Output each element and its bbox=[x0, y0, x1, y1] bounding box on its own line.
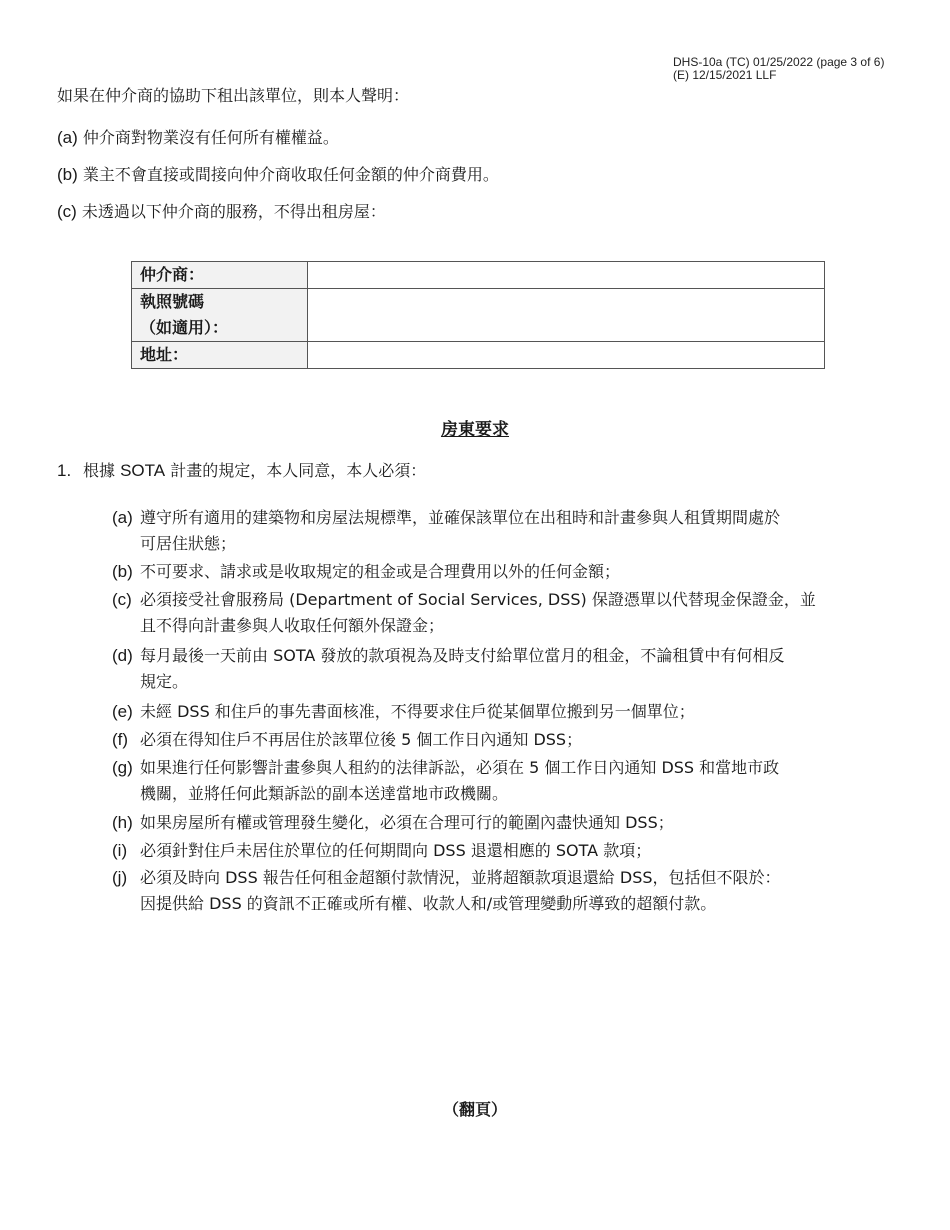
license-label-line2: （如適用）： bbox=[140, 315, 299, 341]
agent-label-text: 仲介商： bbox=[140, 265, 204, 284]
subitem-label: (h) bbox=[112, 810, 140, 836]
subitem-line1: 不可要求、請求或是收取規定的租金或是合理費用以外的任何金額； bbox=[140, 562, 620, 581]
subitem-label: (c) bbox=[112, 587, 140, 613]
declaration-item-c: (c) 未透過以下仲介商的服務，不得出租房屋： bbox=[57, 202, 386, 222]
address-field[interactable] bbox=[308, 342, 825, 369]
item-text: 仲介商對物業沒有任何所有權權益。 bbox=[83, 128, 339, 147]
subitem-label: (g) bbox=[112, 755, 140, 781]
subitem-line2: 機關，並將任何此類訴訟的副本送達當地市政機關。 bbox=[112, 781, 902, 807]
declaration-intro: 如果在仲介商的協助下租出該單位，則本人聲明： bbox=[57, 86, 409, 106]
subitem-h: (h)如果房屋所有權或管理發生變化，必須在合理可行的範圍內盡快通知 DSS； bbox=[112, 810, 902, 836]
subitem-line2: 規定。 bbox=[112, 669, 902, 695]
table-row-agent: 仲介商： bbox=[132, 262, 825, 289]
subitem-line1: 未經 DSS 和住戶的事先書面核准，不得要求住戶從某個單位搬到另一個單位； bbox=[140, 702, 695, 721]
item-text: 業主不會直接或間接向仲介商收取任何金額的仲介商費用。 bbox=[83, 165, 499, 184]
form-code: DHS-10a (TC) 01/25/2022 (page 3 of 6) (E… bbox=[673, 56, 884, 82]
subitem-line1: 遵守所有適用的建築物和房屋法規標準，並確保該單位在出租時和計畫參與人租賃期間處於 bbox=[140, 508, 780, 527]
table-row-address: 地址： bbox=[132, 342, 825, 369]
subitem-b: (b)不可要求、請求或是收取規定的租金或是合理費用以外的任何金額； bbox=[112, 559, 902, 585]
declaration-item-a: (a) 仲介商對物業沒有任何所有權權益。 bbox=[57, 128, 339, 148]
item-label: (b) bbox=[57, 165, 78, 184]
subitem-label: (f) bbox=[112, 727, 140, 753]
subitem-line2: 且不得向計畫參與人收取任何額外保證金； bbox=[112, 613, 902, 639]
subitem-label: (d) bbox=[112, 643, 140, 669]
subitem-j: (j)必須及時向 DSS 報告任何租金超額付款情況，並將超額款項退還給 DSS，… bbox=[112, 865, 902, 917]
item1-text-post: 計畫的規定，本人同意，本人必須： bbox=[165, 461, 426, 480]
agent-info-table: 仲介商： 執照號碼 （如適用）： 地址： bbox=[131, 261, 825, 369]
form-code-line2: (E) 12/15/2021 LLF bbox=[673, 69, 884, 82]
subitem-i: (i)必須針對住戶未居住於單位的任何期間向 DSS 退還相應的 SOTA 款項； bbox=[112, 838, 902, 864]
subitem-line1: 必須及時向 DSS 報告任何租金超額付款情況，並將超額款項退還給 DSS，包括但… bbox=[140, 868, 781, 887]
subitem-label: (a) bbox=[112, 505, 140, 531]
subitem-label: (e) bbox=[112, 699, 140, 725]
subitem-e: (e)未經 DSS 和住戶的事先書面核准，不得要求住戶從某個單位搬到另一個單位； bbox=[112, 699, 902, 725]
address-label: 地址： bbox=[132, 342, 308, 369]
item-number: 1. bbox=[57, 461, 83, 481]
agent-label: 仲介商： bbox=[132, 262, 308, 289]
license-label: 執照號碼 （如適用）： bbox=[132, 289, 308, 342]
section-title: 房東要求 bbox=[0, 419, 950, 441]
item-text: 未透過以下仲介商的服務，不得出租房屋： bbox=[82, 202, 386, 221]
requirement-item-1: 1.根據 SOTA 計畫的規定，本人同意，本人必須： bbox=[57, 461, 426, 481]
subitem-line1: 必須在得知住戶不再居住於該單位後 5 個工作日內通知 DSS； bbox=[140, 730, 582, 749]
address-label-text: 地址： bbox=[140, 345, 188, 364]
subitem-f: (f)必須在得知住戶不再居住於該單位後 5 個工作日內通知 DSS； bbox=[112, 727, 902, 753]
license-field[interactable] bbox=[308, 289, 825, 342]
subitem-line2: 因提供給 DSS 的資訊不正確或所有權、收款人和/或管理變動所導致的超額付款。 bbox=[112, 891, 902, 917]
turn-page-note: （翻頁） bbox=[0, 1097, 950, 1120]
subitem-d: (d)每月最後一天前由 SOTA 發放的款項視為及時支付給單位當月的租金，不論租… bbox=[112, 643, 902, 695]
subitem-line1: 必須接受社會服務局 (Department of Social Services… bbox=[140, 590, 816, 609]
license-label-line1: 執照號碼 bbox=[140, 289, 299, 315]
subitem-line1: 每月最後一天前由 SOTA 發放的款項視為及時支付給單位當月的租金，不論租賃中有… bbox=[140, 646, 784, 665]
subitem-line1: 如果進行任何影響計畫參與人租約的法律訴訟，必須在 5 個工作日內通知 DSS 和… bbox=[140, 758, 779, 777]
subitem-g: (g)如果進行任何影響計畫參與人租約的法律訴訟，必須在 5 個工作日內通知 DS… bbox=[112, 755, 902, 807]
subitem-line1: 必須針對住戶未居住於單位的任何期間向 DSS 退還相應的 SOTA 款項； bbox=[140, 841, 651, 860]
item-label: (c) bbox=[57, 202, 77, 221]
item-label: (a) bbox=[57, 128, 78, 147]
subitem-label: (i) bbox=[112, 838, 140, 864]
agent-field[interactable] bbox=[308, 262, 825, 289]
subitem-line1: 如果房屋所有權或管理發生變化，必須在合理可行的範圍內盡快通知 DSS； bbox=[140, 813, 674, 832]
subitem-line2: 可居住狀態； bbox=[112, 531, 902, 557]
subitem-c: (c)必須接受社會服務局 (Department of Social Servi… bbox=[112, 587, 902, 639]
subitem-a: (a)遵守所有適用的建築物和房屋法規標準，並確保該單位在出租時和計畫參與人租賃期… bbox=[112, 505, 902, 557]
subitem-label: (j) bbox=[112, 865, 140, 891]
table-row-license: 執照號碼 （如適用）： bbox=[132, 289, 825, 342]
item1-sota: SOTA bbox=[120, 461, 165, 480]
subitem-label: (b) bbox=[112, 559, 140, 585]
item1-text-pre: 根據 bbox=[83, 461, 120, 480]
declaration-item-b: (b) 業主不會直接或間接向仲介商收取任何金額的仲介商費用。 bbox=[57, 165, 499, 185]
